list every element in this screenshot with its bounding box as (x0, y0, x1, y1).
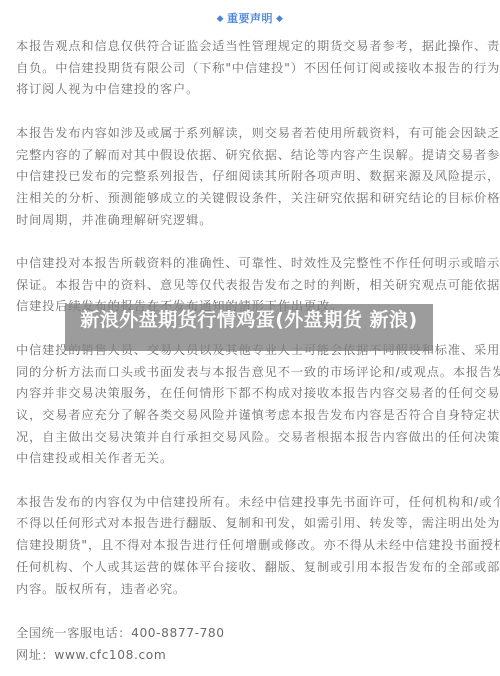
paragraph-not-advice: 中信建投的销售人员、交易人员以及其他专业人士可能会依据不同假设和标准、采用不 同… (16, 340, 466, 470)
text-line: 本报告发布内容如涉及或属于系列解读，则交易者若使用所载资料，有可能会因缺乏对 (16, 123, 466, 145)
overlay-title: 新浪外盘期货行情鸡蛋(外盘期货 新浪) (65, 307, 433, 334)
paragraph-subscription: 本报告观点和信息仅供符合证监会适当性管理规定的期货交易者参考，据此操作、责任 自… (16, 36, 466, 101)
text-line: 中信建投对本报告所载资料的准确性、可靠性、时效性及完整性不作任何明示或暗示的 (16, 253, 466, 275)
diamond-ornament-icon: ◆ (217, 14, 224, 24)
text-line: 不得以任何形式对本报告进行翻版、复制和刊发，如需引用、转发等，需注明出处为"中 (16, 513, 466, 535)
text-line: 时间周期，并准确理解研究逻辑。 (16, 210, 466, 232)
text-line: 信建投期货"，且不得对本报告进行任何增删或修改。亦不得从未经中信建投书面授权的 (16, 535, 466, 557)
text-line: 内容并非交易决策服务，在任何情形下都不构成对接收本报告内容交易者的任何交易建 (16, 383, 466, 405)
website-label: 网址： (16, 648, 54, 662)
text-line: 注相关的分析、预测能够成立的关键假设条件，关注研究依据和研究结论的目标价格及 (16, 188, 466, 210)
text-line: 任何机构、个人或其运营的媒体平台接收、翻版、复制或引用本报告发布的全部或部分 (16, 557, 466, 579)
text-line: 中信建投或相关作者无关。 (16, 448, 466, 470)
text-line: 本报告发布的内容仅为中信建投所有。未经中信建投事先书面许可，任何机构和/或个人 (16, 492, 466, 514)
text-line: 况，自主做出交易决策并自行承担交易风险。交易者根据本报告内容做出的任何决策与 (16, 427, 466, 449)
text-line: 完整内容的了解而对其中假设依据、研究依据、结论等内容产生误解。提请交易者参阅 (16, 145, 466, 167)
text-line: 议，交易者应充分了解各类交易风险并谨慎考虑本报告发布内容是否符合自身特定状 (16, 405, 466, 427)
text-line: 自负。中信建投期货有限公司（下称"中信建投"）不因任何订阅或接收本报告的行为而 (16, 58, 466, 80)
paragraph-copyright: 本报告发布的内容仅为中信建投所有。未经中信建投事先书面许可，任何机构和/或个人 … (16, 492, 466, 601)
text-line: 本报告观点和信息仅供符合证监会适当性管理规定的期货交易者参考，据此操作、责任 (16, 36, 466, 58)
hotline-label: 全国统一客服电话： (16, 626, 131, 640)
text-line: 中信建投已发布的完整系列报告，仔细阅读其所附各项声明、数据来源及风险提示，关 (16, 166, 466, 188)
disclaimer-heading: ◆重要声明◆ (0, 11, 500, 27)
text-line: 将订阅人视为中信建投的客户。 (16, 79, 466, 101)
website-link[interactable]: www.cfc108.com (54, 648, 166, 662)
text-line: 同的分析方法而口头或书面发表与本报告意见不一致的市场评论和/或观点。本报告发布 (16, 362, 466, 384)
hotline-number: 400-8877-780 (131, 626, 225, 640)
text-line: 内容。版权所有，违者必究。 (16, 579, 466, 601)
diamond-ornament-icon: ◆ (276, 14, 283, 24)
hotline-row: 全国统一客服电话：400-8877-780 (16, 622, 225, 644)
disclaimer-page: ◆重要声明◆ 本报告观点和信息仅供符合证监会适当性管理规定的期货交易者参考，据此… (0, 0, 500, 676)
contact-info: 全国统一客服电话：400-8877-780 网址：www.cfc108.com (16, 622, 225, 666)
paragraph-series-interpretation: 本报告发布内容如涉及或属于系列解读，则交易者若使用所载资料，有可能会因缺乏对 完… (16, 123, 466, 232)
text-line: 保证。本报告中的资料、意见等仅代表报告发布之时的判断，相关研究观点可能依据中 (16, 275, 466, 297)
website-row: 网址：www.cfc108.com (16, 644, 225, 666)
heading-title: 重要声明 (227, 12, 273, 25)
